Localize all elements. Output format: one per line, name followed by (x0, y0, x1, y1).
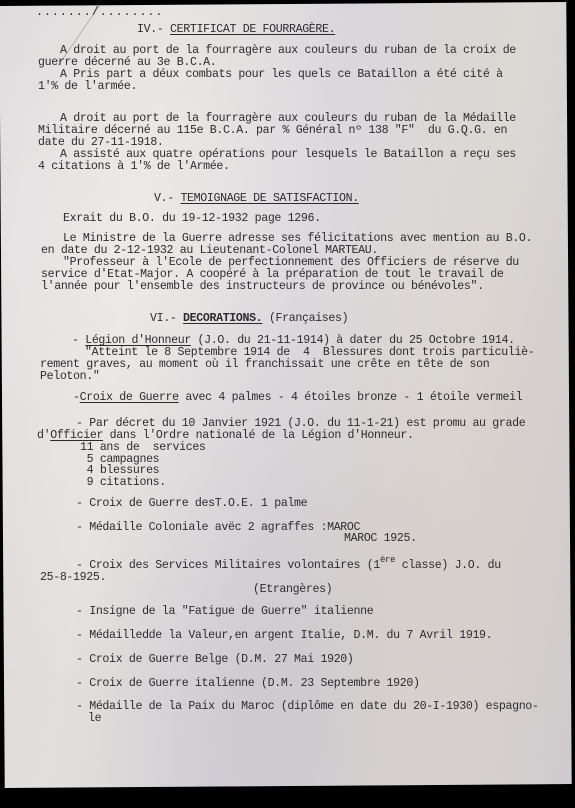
header-dots: ......./........ (36, 7, 163, 19)
decoration-item: - Insigne de la "Fatigue de Guerre" ital… (76, 606, 373, 618)
decoration-item-continuation: le (88, 713, 101, 725)
section-number: VI.- (150, 312, 183, 325)
section-number: V.- (154, 192, 180, 205)
paragraph-line: 1'% de l'armée. (38, 81, 137, 93)
text: classe) J.O. du (395, 559, 501, 572)
quote-line: Peloton." (40, 371, 99, 383)
decoration-item: - Croix de Guerre desT.O.E. 1 palme (76, 498, 307, 510)
decoration-item: - Médaille Coloniale avëc 2 agraffes :MA… (76, 522, 360, 534)
quote-line: rement graves, au moment où il franchiss… (40, 359, 489, 371)
section-number: IV.- (137, 23, 170, 36)
text: d' (37, 429, 50, 442)
csmv-line: 25-8-1925. (40, 572, 106, 584)
decoration-item: - Médaille de la Paix du Maroc (diplôme … (76, 701, 539, 713)
croix-guerre-line: -Croix de Guerre avec 4 palmes - 4 étoil… (73, 392, 522, 404)
decoration-item: - Croix de Guerre italienne (D.M. 23 Sep… (76, 678, 420, 690)
section-title: CERTIFICAT DE FOURRAGÈRE. (170, 23, 335, 36)
bullet: - (72, 334, 85, 347)
decoration-item: - Médailledde la Valeur,en argent Italie… (76, 630, 492, 642)
decoration-item-continuation: MAROC 1925. (344, 533, 417, 545)
stat-line: 9 citations. (80, 477, 166, 489)
bullet: - (73, 391, 80, 404)
section-5-heading: V.- TEMOIGNAGE DE SATISFACTION. (154, 193, 359, 205)
section-title: DECORATIONS. (183, 312, 262, 325)
csmv-line: - Croix des Services Militaires volontai… (76, 560, 501, 573)
section-subtitle: (Françaises) (262, 312, 348, 325)
section-title: TEMOIGNAGE DE SATISFACTION. (180, 192, 358, 205)
paragraph-line: 4 citations à 1'% de l'Armée. (38, 161, 230, 173)
section-4-heading: IV.- CERTIFICAT DE FOURRAGÈRE. (137, 24, 335, 36)
decoration-name: Croix de Guerre (80, 391, 179, 404)
paragraph-line: l'année pour l'ensemble des instructeurs… (41, 281, 484, 293)
section-6-heading: VI.- DECORATIONS. (Françaises) (150, 313, 348, 325)
decoration-details: avec 4 palmes - 4 étoiles bronze - 1 éto… (179, 391, 523, 404)
text: - Croix des Services Militaires volontai… (76, 559, 380, 572)
decoration-item: - Croix de Guerre Belge (D.M. 27 Mai 192… (76, 654, 354, 666)
superscript: ère (380, 555, 395, 565)
extract-line: Exrait du B.O. du 19-12-1932 page 1296. (63, 213, 321, 225)
foreign-heading: (Etrangères) (253, 584, 332, 596)
